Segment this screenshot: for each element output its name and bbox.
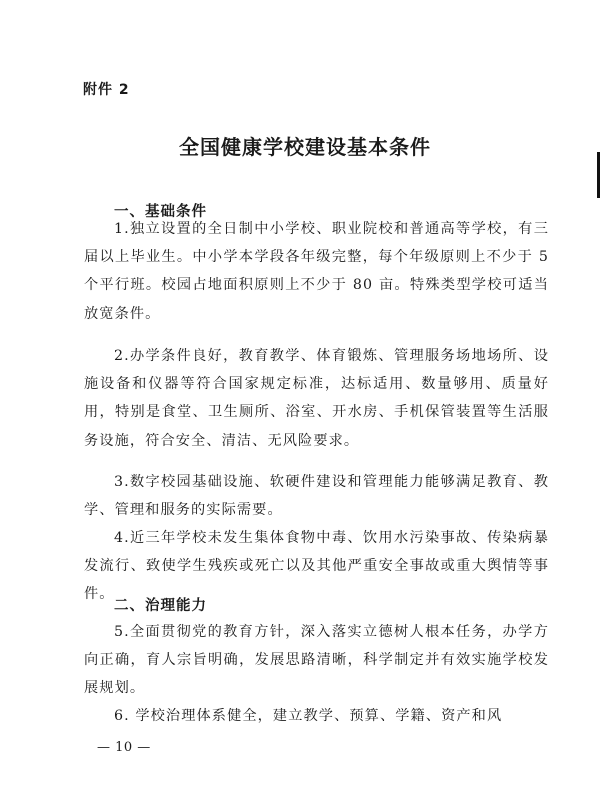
paragraph-item-1: 1.独立设置的全日制中小学校、职业院校和普通高等学校，有三届以上毕业生。中小学本… [84, 215, 549, 328]
section-heading-governance: 二、治理能力 [114, 594, 207, 615]
paragraph-item-3: 3.数字校园基础设施、软硬件建设和管理能力能够满足教育、教学、管理和服务的实际需… [84, 468, 549, 524]
paragraph-item-6: 6. 学校治理体系健全，建立教学、预算、学籍、资产和风 [84, 702, 549, 730]
attachment-label: 附件 2 [83, 79, 130, 99]
paragraph-item-5: 5.全面贯彻党的教育方针，深入落实立德树人根本任务，办学方向正确，育人宗旨明确，… [84, 618, 549, 703]
document-title: 全国健康学校建设基本条件 [0, 131, 600, 160]
page-number: — 10 — [97, 740, 151, 755]
paragraph-item-2: 2.办学条件良好，教育教学、体育锻炼、管理服务场地场所、设施设备和仪器等符合国家… [84, 342, 549, 455]
